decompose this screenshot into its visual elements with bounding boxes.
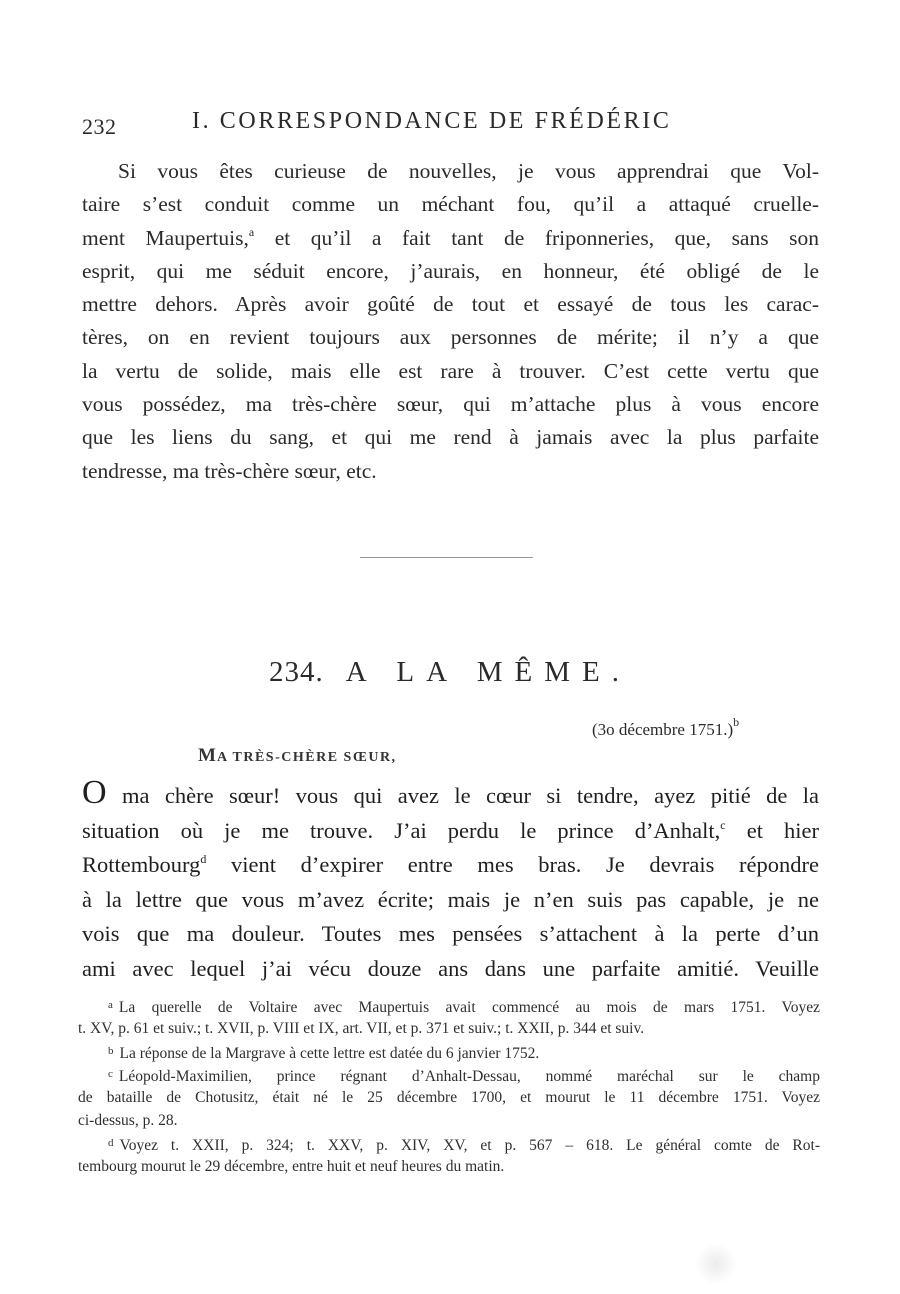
letter-heading: 234.A LA MÊME.: [0, 656, 900, 689]
paper-smudge: [695, 1245, 737, 1283]
footnote-line: ci-dessus, p. 28.: [78, 1109, 820, 1132]
footnotes: aLa querelle de Voltaire avec Maupertuis…: [78, 994, 820, 1178]
book-page: 232 I. CORRESPONDANCE DE FRÉDÉRIC Si vou…: [0, 0, 900, 1294]
letter-title: A LA MÊME.: [346, 656, 631, 688]
salutation: MA TRÈS-CHÈRE SŒUR,: [198, 745, 397, 767]
text-segment: vient d’expirer entre mes bras. Je devra…: [206, 852, 819, 877]
salutation-text: A TRÈS-CHÈRE SŒUR,: [217, 750, 397, 765]
text-line: vois que ma douleur. Toutes mes pensées …: [82, 917, 819, 952]
footnote-mark: c: [108, 1068, 113, 1080]
text-line: que les liens du sang, et qui me rend à …: [82, 421, 819, 454]
footnote-line: t. XV, p. 61 et suiv.; t. XVII, p. VIII …: [78, 1017, 820, 1040]
text-segment: et hier: [726, 818, 819, 843]
letter-dateline: (3o décembre 1751.)b: [592, 720, 739, 740]
text-segment: ma chère sœur! vous qui avez le cœur si …: [107, 783, 819, 808]
footnote-ref-a[interactable]: a: [249, 225, 254, 239]
text-segment: La réponse de la Margrave à cette lettre…: [120, 1045, 540, 1062]
text-segment: et qu’il a fait tant de friponneries, qu…: [275, 226, 819, 250]
text-line: tères, on en revient toujours aux person…: [82, 321, 819, 354]
text-line: taire s’est conduit comme un méchant fou…: [82, 188, 819, 221]
footnote-a: aLa querelle de Voltaire avec Maupertuis…: [78, 994, 820, 1040]
text-segment: ment Maupertuis,: [82, 226, 249, 250]
footnote-line: bLa réponse de la Margrave à cette lettr…: [78, 1040, 820, 1063]
text-segment: Rottembourg: [82, 852, 200, 877]
footnote-line: aLa querelle de Voltaire avec Maupertuis…: [78, 994, 820, 1017]
footnote-line: tembourg mourut le 29 décembre, entre hu…: [78, 1155, 820, 1178]
text-line: Rottembourgd vient d’expirer entre mes b…: [82, 848, 819, 883]
text-segment: Voyez t. XXII, p. 324; t. XXV, p. XIV, X…: [120, 1137, 821, 1154]
drop-cap: O: [82, 774, 107, 811]
paragraph-closing-letter-233: Si vous êtes curieuse de nouvelles, je v…: [82, 155, 819, 488]
text-line: O ma chère sœur! vous qui avez le cœur s…: [82, 779, 819, 814]
footnote-mark: d: [108, 1137, 114, 1149]
text-segment: Léopold-Maximilien, prince régnant d’Anh…: [119, 1068, 820, 1085]
footnote-line: de bataille de Chotusitz, était né le 25…: [78, 1086, 820, 1109]
footnote-line: cLéopold-Maximilien, prince régnant d’An…: [78, 1063, 820, 1086]
footnote-c: cLéopold-Maximilien, prince régnant d’An…: [78, 1063, 820, 1132]
text-segment: situation où je me trouve. J’ai perdu le…: [82, 818, 720, 843]
text-line: vous possédez, ma très-chère sœur, qui m…: [82, 388, 819, 421]
text-line: situation où je me trouve. J’ai perdu le…: [82, 814, 819, 849]
running-title: I. CORRESPONDANCE DE FRÉDÉRIC: [192, 108, 671, 135]
footnote-mark: a: [108, 999, 113, 1011]
text-line: ment Maupertuis,a et qu’il a fait tant d…: [82, 222, 819, 255]
text-line: à la lettre que vous m’avez écrite; mais…: [82, 883, 819, 918]
running-head: 232 I. CORRESPONDANCE DE FRÉDÉRIC: [82, 108, 822, 140]
text-line: esprit, qui me séduit encore, j’aurais, …: [82, 255, 819, 288]
footnote-mark: b: [108, 1045, 114, 1057]
letter-number: 234.: [269, 656, 324, 688]
text-segment: La querelle de Voltaire avec Maupertuis …: [119, 999, 820, 1016]
section-divider: [360, 557, 533, 558]
footnote-b: bLa réponse de la Margrave à cette lettr…: [78, 1040, 820, 1063]
footnote-line: dVoyez t. XXII, p. 324; t. XXV, p. XIV, …: [78, 1132, 820, 1155]
letter-body: O ma chère sœur! vous qui avez le cœur s…: [82, 779, 819, 987]
text-line: la vertu de solide, mais elle est rare à…: [82, 355, 819, 388]
text-line: mettre dehors. Après avoir goûté de tout…: [82, 288, 819, 321]
footnote-ref-b[interactable]: b: [733, 715, 739, 729]
text-line: ami avec lequel j’ai vécu douze ans dans…: [82, 952, 819, 987]
salutation-initial: M: [198, 745, 217, 766]
page-number: 232: [82, 114, 117, 140]
dateline-text: (3o décembre 1751.): [592, 720, 733, 739]
text-line: tendresse, ma très-chère sœur, etc.: [82, 455, 819, 488]
footnote-d: dVoyez t. XXII, p. 324; t. XXV, p. XIV, …: [78, 1132, 820, 1178]
text-line: Si vous êtes curieuse de nouvelles, je v…: [82, 155, 819, 188]
